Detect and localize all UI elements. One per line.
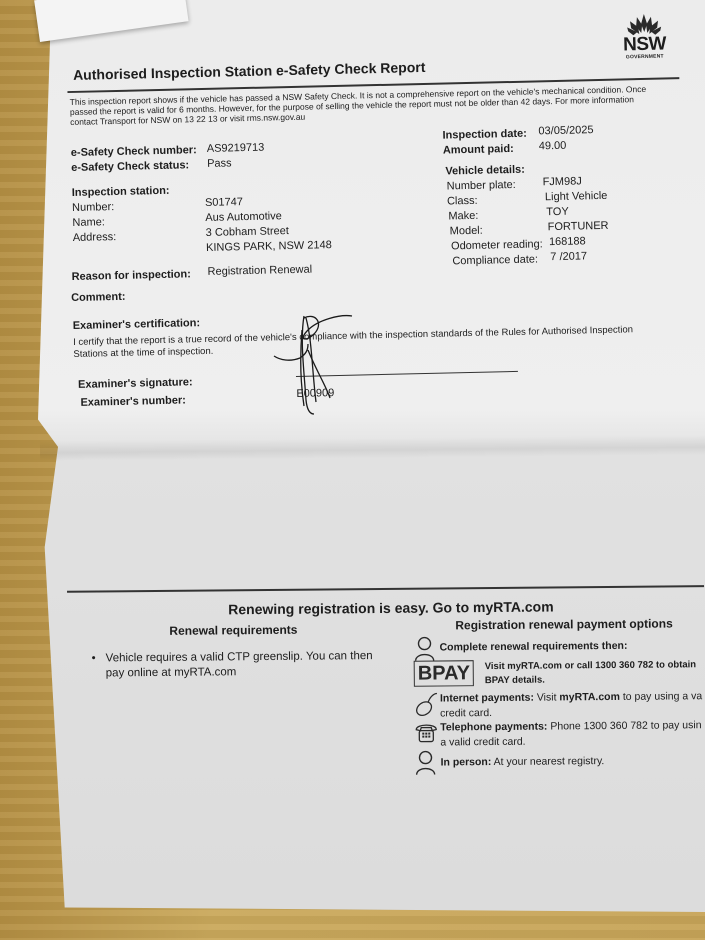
certification-text-line-2: Stations at the time of inspection. [73,346,213,360]
station-name-value: Aus Automotive [205,210,282,224]
number-plate-label: Number plate: [447,179,516,193]
renewal-headline: Renewing registration is easy. Go to myR… [228,598,554,617]
comment-label: Comment: [71,291,126,304]
reason-value: Registration Renewal [207,264,312,278]
renewal-requirements-heading: Renewal requirements [169,623,297,638]
make-value: TOY [546,206,569,219]
compliance-date-label: Compliance date: [452,253,538,267]
requirement-text-line-2: pay online at myRTA.com [106,666,237,679]
payment-options-heading: Registration renewal payment options [455,616,672,632]
telephone-payments-text: Phone 1300 360 782 to pay usin [547,719,701,732]
telephone-icon [414,721,438,743]
station-number-value: S01747 [205,196,243,209]
examiner-signature-label: Examiner's signature: [78,376,193,391]
odometer-label: Odometer reading: [451,238,543,252]
station-name-label: Name: [72,216,105,229]
internet-payments-text-end: to pay using a va [620,690,702,703]
bpay-text-line-1: Visit myRTA.com or call 1300 360 782 to … [485,659,696,672]
in-person-text: At your nearest registry. [491,755,604,768]
check-number-label: e-Safety Check number: [71,144,197,159]
station-address-line-1: 3 Cobham Street [206,225,289,239]
station-address-line-2: KINGS PARK, NSW 2148 [206,239,332,254]
requirement-item: Vehicle requires a valid CTP greenslip. … [106,650,373,664]
internet-payments-text: Visit [534,691,560,703]
station-number-label: Number: [72,201,114,214]
station-address-label: Address: [73,231,117,244]
vehicle-details-heading: Vehicle details: [445,164,525,178]
check-number-value: AS9219713 [207,142,265,155]
myrta-link[interactable]: myRTA.com [559,691,620,704]
certification-heading: Examiner's certification: [73,317,201,332]
report-section: Authorised Inspection Station e-Safety C… [0,0,700,9]
amount-paid-label: Amount paid: [443,143,514,157]
check-status-label: e-Safety Check status: [71,159,189,174]
in-person-option: In person: At your nearest registry. [440,755,604,768]
telephone-payments-label: Telephone payments: [440,721,547,734]
check-status-value: Pass [207,157,232,170]
mouse-icon [414,691,438,717]
internet-payments-option: Internet payments: Visit myRTA.com to pa… [440,690,702,704]
payment-intro: Complete renewal requirements then: [439,640,627,654]
examiner-number-label: Examiner's number: [80,394,186,408]
examiner-signature [270,310,360,420]
nsw-government-logo: NSW GOVERNMENT [616,11,673,60]
bpay-logo: BPAY [414,660,474,687]
class-value: Light Vehicle [545,190,608,203]
reason-label: Reason for inspection: [72,268,191,283]
inspection-date-value: 03/05/2025 [538,124,593,137]
amount-paid-value: 49.00 [539,140,567,153]
odometer-value: 168188 [549,235,586,248]
logo-wordmark: NSW [616,35,672,54]
compliance-date-value: 7 /2017 [550,250,587,263]
renewal-divider [67,585,704,592]
internet-payments-line-2: credit card. [440,707,492,719]
internet-payments-label: Internet payments: [440,692,534,705]
model-value: FORTUNER [548,220,609,233]
requirement-text-line-1: Vehicle requires a valid CTP greenslip. … [106,650,373,664]
make-label: Make: [448,210,478,223]
number-plate-value: FJM98J [543,175,582,188]
person-icon [414,750,436,776]
person-icon [413,636,435,662]
inspection-date-label: Inspection date: [442,128,527,142]
class-label: Class: [447,195,478,208]
in-person-label: In person: [440,756,491,768]
telephone-payments-option: Telephone payments: Phone 1300 360 782 t… [440,719,701,733]
inspection-station-heading: Inspection station: [72,185,170,199]
renewal-section: Renewing registration is easy. Go to myR… [0,0,699,3]
bpay-text-line-2: BPAY details. [485,675,545,687]
report-title: Authorised Inspection Station e-Safety C… [73,59,426,83]
telephone-payments-line-2: a valid credit card. [440,736,525,749]
model-label: Model: [450,225,483,238]
